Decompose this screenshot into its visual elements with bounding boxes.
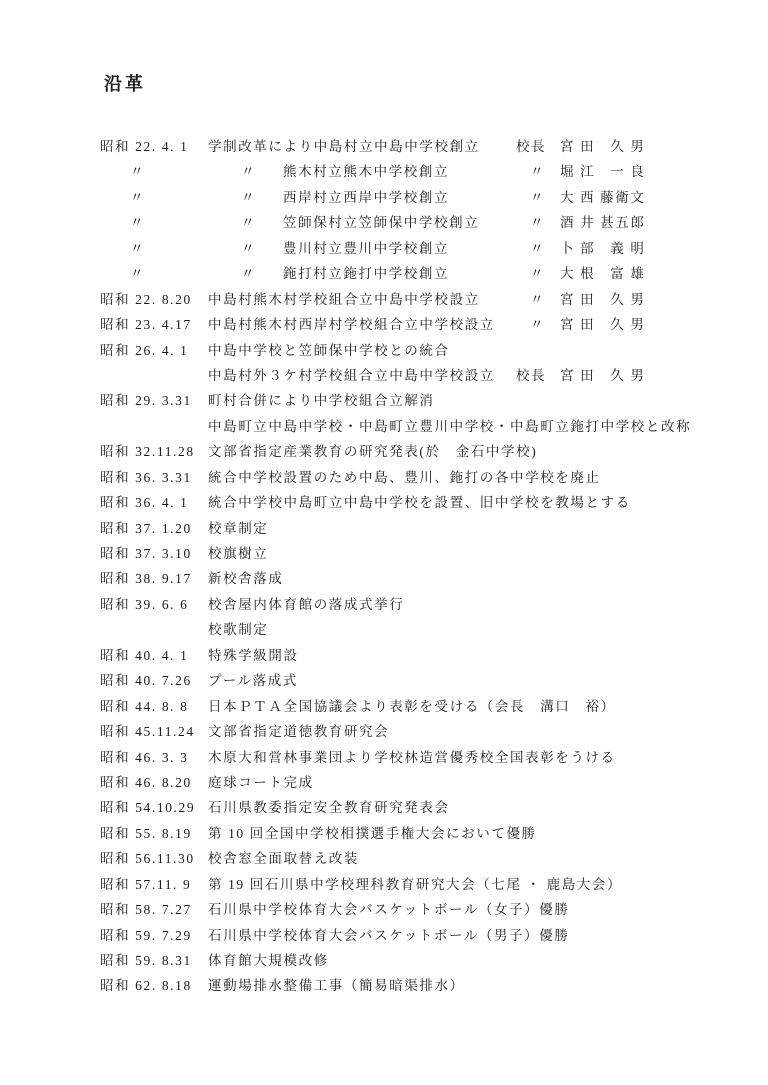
ditto-mark: 〃	[208, 185, 283, 210]
history-row: 昭和 59. 7.29石川県中学校体育大会バスケットボール（男子）優勝	[100, 923, 764, 948]
history-row: 昭和 40. 4. 1特殊学級開設	[100, 643, 764, 668]
row-date: 昭和 36. 3.31	[100, 465, 208, 490]
row-event-text: 豊川村立豊川中学校創立	[283, 241, 449, 256]
row-event-text: 新校舎落成	[208, 571, 284, 586]
row-principal: 〃卜 部 義 明	[516, 236, 645, 261]
page-title: 沿革	[104, 70, 146, 96]
principal-label: 〃	[516, 159, 552, 184]
history-row: 昭和 57.11. 9第 19 回石川県中学校理科教育研究大会（七尾 ・ 鹿島大…	[100, 872, 764, 897]
history-row: 昭和 22. 4. 1学制改革により中島村立中島中学校創立 校長宮 田 久 男	[100, 134, 764, 159]
row-description: プール落成式	[208, 668, 298, 693]
row-description: 校舎窓全面取替え改装	[208, 846, 359, 871]
history-row: 〃〃西岸村立西岸中学校創立 〃大 西 藤衛文	[100, 185, 764, 210]
row-principal: 〃大 西 藤衛文	[516, 185, 645, 210]
row-description: 中島村外３ケ村学校組合立中島中学校設立	[208, 363, 495, 388]
principal-name: 宮 田 久 男	[560, 317, 645, 332]
history-row: 昭和 36. 4. 1統合中学校中島町立中島中学校を設置、旧中学校を教場とする	[100, 490, 764, 515]
row-date: 昭和 55. 8.19	[100, 821, 208, 846]
row-event-text: 中島中学校と笠師保中学校との統合	[208, 343, 450, 358]
ditto-mark: 〃	[208, 261, 283, 286]
row-description: 文部省指定産業教育の研究発表(於 金石中学校)	[208, 439, 537, 464]
history-row: 昭和 55. 8.19第 10 回全国中学校相撲選手権大会において優勝	[100, 821, 764, 846]
row-date: 昭和 45.11.24	[100, 719, 208, 744]
row-date: 昭和 40. 7.26	[100, 668, 208, 693]
history-row: 昭和 62. 8.18運動場排水整備工事（簡易暗渠排水）	[100, 973, 764, 998]
principal-name: 大 根 富 雄	[560, 266, 645, 281]
history-row: 昭和 22. 8.20中島村熊木村学校組合立中島中学校設立 〃宮 田 久 男	[100, 287, 764, 312]
row-principal: 〃宮 田 久 男	[516, 287, 645, 312]
row-event-text: 校舎窓全面取替え改装	[208, 851, 359, 866]
row-event-text: 石川県中学校体育大会バスケットボール（男子）優勝	[208, 928, 569, 943]
ditto-mark: 〃	[208, 210, 283, 235]
row-description: 木原大和営林事業団より学校林造営優秀校全国表彰をうける	[208, 745, 616, 770]
row-date: 昭和 39. 6. 6	[100, 592, 208, 617]
history-row: 昭和 36. 3.31統合中学校設置のため中島、豊川、鉇打の各中学校を廃止	[100, 465, 764, 490]
row-event-text: 運動場排水整備工事（簡易暗渠排水）	[208, 978, 465, 993]
principal-label: 〃	[516, 312, 552, 337]
row-description: 石川県中学校体育大会バスケットボール（男子）優勝	[208, 923, 569, 948]
principal-label: 〃	[516, 185, 552, 210]
row-description: 校舎屋内体育館の落成式挙行	[208, 592, 404, 617]
row-description: 統合中学校設置のため中島、豊川、鉇打の各中学校を廃止	[208, 465, 601, 490]
row-event-text: 木原大和営林事業団より学校林造営優秀校全国表彰をうける	[208, 750, 616, 765]
row-event-text: 第 19 回石川県中学校理科教育研究大会（七尾 ・ 鹿島大会）	[208, 877, 622, 892]
row-description: 〃西岸村立西岸中学校創立	[208, 185, 449, 210]
history-row: 〃〃鉇打村立鉇打中学校創立 〃大 根 富 雄	[100, 261, 764, 286]
row-date: 昭和 37. 1.20	[100, 516, 208, 541]
row-event-text: 石川県中学校体育大会バスケットボール（女子）優勝	[208, 902, 569, 917]
row-event-text: 中島村熊木村西岸村学校組合立中学校設立	[208, 317, 495, 332]
row-date: 昭和 32.11.28	[100, 439, 208, 464]
row-description: 特殊学級開設	[208, 643, 299, 668]
row-event-text: 第 10 回全国中学校相撲選手権大会において優勝	[208, 826, 537, 841]
row-date: 昭和 22. 4. 1	[100, 134, 208, 159]
history-row: 昭和 45.11.24文部省指定道徳教育研究会	[100, 719, 764, 744]
row-date: 〃	[100, 210, 208, 235]
row-description: 石川県教委指定安全教育研究発表会	[208, 795, 450, 820]
principal-name: 堀 江 一 良	[560, 164, 645, 179]
row-event-text: 校舎屋内体育館の落成式挙行	[208, 597, 404, 612]
row-event-text: 笠師保村立笠師保中学校創立	[283, 215, 479, 230]
row-description: 〃豊川村立豊川中学校創立	[208, 236, 449, 261]
principal-name: 酒 井 甚五郎	[560, 215, 645, 230]
row-date: 昭和 54.10.29	[100, 795, 208, 820]
history-row: 昭和 29. 3.31町村合併により中学校組合立解消	[100, 388, 764, 413]
principal-name: 宮 田 久 男	[560, 139, 645, 154]
row-description: 庭球コート完成	[208, 770, 314, 795]
row-principal: 〃酒 井 甚五郎	[516, 210, 645, 235]
row-date: 昭和 57.11. 9	[100, 872, 208, 897]
row-event-text: 中島村熊木村学校組合立中島中学校設立	[208, 292, 480, 307]
principal-name: 宮 田 久 男	[560, 292, 645, 307]
ditto-mark: 〃	[208, 236, 283, 261]
row-date: 昭和 38. 9.17	[100, 566, 208, 591]
row-principal: 〃宮 田 久 男	[516, 312, 645, 337]
row-date: 昭和 59. 7.29	[100, 923, 208, 948]
row-date: 昭和 62. 8.18	[100, 973, 208, 998]
history-row: 昭和 38. 9.17新校舎落成	[100, 566, 764, 591]
history-row: 昭和 23. 4.17中島村熊木村西岸村学校組合立中学校設立 〃宮 田 久 男	[100, 312, 764, 337]
row-description: 〃笠師保村立笠師保中学校創立	[208, 210, 479, 235]
row-event-text: 統合中学校中島町立中島中学校を設置、旧中学校を教場とする	[208, 495, 631, 510]
row-description: 校歌制定	[208, 617, 268, 642]
row-date: 〃	[100, 261, 208, 286]
row-event-text: プール落成式	[208, 673, 298, 688]
row-description: 新校舎落成	[208, 566, 284, 591]
row-event-text: 中島村外３ケ村学校組合立中島中学校設立	[208, 368, 495, 383]
row-event-text: 鉇打村立鉇打中学校創立	[283, 266, 449, 281]
row-description: 第 10 回全国中学校相撲選手権大会において優勝	[208, 821, 537, 846]
row-description: 日本ＰＴＡ全国協議会より表彰を受ける（会長 溝口 裕）	[208, 694, 616, 719]
row-event-text: 庭球コート完成	[208, 775, 314, 790]
row-event-text: 体育館大規模改修	[208, 953, 329, 968]
row-date: 昭和 23. 4.17	[100, 312, 208, 337]
row-date: 〃	[100, 185, 208, 210]
row-description: 中島村熊木村学校組合立中島中学校設立	[208, 287, 480, 312]
principal-label: 〃	[516, 287, 552, 312]
row-event-text: 中島町立中島中学校・中島町立豊川中学校・中島町立鉇打中学校と改称	[208, 419, 691, 434]
row-description: 〃熊木村立熊木中学校創立	[208, 159, 449, 184]
row-date: 〃	[100, 159, 208, 184]
row-event-text: 文部省指定道徳教育研究会	[208, 724, 389, 739]
row-event-text: 統合中学校設置のため中島、豊川、鉇打の各中学校を廃止	[208, 470, 601, 485]
row-event-text: 学制改革により中島村立中島中学校創立	[208, 139, 480, 154]
principal-label: 校長	[516, 363, 552, 388]
history-row: 昭和 54.10.29石川県教委指定安全教育研究発表会	[100, 795, 764, 820]
row-description: 校旗樹立	[208, 541, 268, 566]
history-row: 中島町立中島中学校・中島町立豊川中学校・中島町立鉇打中学校と改称	[100, 414, 764, 439]
history-row: 昭和 26. 4. 1中島中学校と笠師保中学校との統合	[100, 338, 764, 363]
row-principal: 〃大 根 富 雄	[516, 261, 645, 286]
history-row: 昭和 40. 7.26プール落成式	[100, 668, 764, 693]
row-event-text: 校歌制定	[208, 622, 268, 637]
row-event-text: 日本ＰＴＡ全国協議会より表彰を受ける（会長 溝口 裕）	[208, 699, 616, 714]
row-description: 中島町立中島中学校・中島町立豊川中学校・中島町立鉇打中学校と改称	[208, 414, 691, 439]
history-row: 〃〃笠師保村立笠師保中学校創立 〃酒 井 甚五郎	[100, 210, 764, 235]
document-page: 沿革 昭和 22. 4. 1学制改革により中島村立中島中学校創立 校長宮 田 久…	[0, 0, 768, 1085]
row-date: 昭和 46. 3. 3	[100, 745, 208, 770]
history-row: 昭和 56.11.30校舎窓全面取替え改装	[100, 846, 764, 871]
row-event-text: 校章制定	[208, 521, 268, 536]
row-date: 昭和 29. 3.31	[100, 388, 208, 413]
principal-label: 〃	[516, 261, 552, 286]
row-event-text: 熊木村立熊木中学校創立	[283, 164, 449, 179]
row-event-text: 町村合併により中学校組合立解消	[208, 393, 435, 408]
row-description: 〃鉇打村立鉇打中学校創立	[208, 261, 449, 286]
row-description: 中島中学校と笠師保中学校との統合	[208, 338, 450, 363]
row-principal: 校長宮 田 久 男	[516, 134, 645, 159]
history-row: 昭和 37. 1.20校章制定	[100, 516, 764, 541]
row-description: 運動場排水整備工事（簡易暗渠排水）	[208, 973, 465, 998]
history-list: 昭和 22. 4. 1学制改革により中島村立中島中学校創立 校長宮 田 久 男 …	[100, 134, 764, 999]
row-date: 昭和 58. 7.27	[100, 897, 208, 922]
row-event-text: 校旗樹立	[208, 546, 268, 561]
history-row: 〃〃豊川村立豊川中学校創立 〃卜 部 義 明	[100, 236, 764, 261]
row-description: 校章制定	[208, 516, 268, 541]
history-row: 昭和 59. 8.31体育館大規模改修	[100, 948, 764, 973]
principal-name: 大 西 藤衛文	[560, 190, 645, 205]
history-row: 中島村外３ケ村学校組合立中島中学校設立 校長宮 田 久 男	[100, 363, 764, 388]
row-date: 昭和 37. 3.10	[100, 541, 208, 566]
history-row: 昭和 32.11.28文部省指定産業教育の研究発表(於 金石中学校)	[100, 439, 764, 464]
row-date: 昭和 56.11.30	[100, 846, 208, 871]
row-event-text: 特殊学級開設	[208, 648, 299, 663]
row-date: 昭和 44. 8. 8	[100, 694, 208, 719]
row-event-text: 文部省指定産業教育の研究発表(於 金石中学校)	[208, 444, 537, 459]
row-date: 昭和 36. 4. 1	[100, 490, 208, 515]
row-description: 文部省指定道徳教育研究会	[208, 719, 389, 744]
history-row: 昭和 39. 6. 6校舎屋内体育館の落成式挙行	[100, 592, 764, 617]
row-description: 町村合併により中学校組合立解消	[208, 388, 435, 413]
row-principal: 校長宮 田 久 男	[516, 363, 645, 388]
history-row: 校歌制定	[100, 617, 764, 642]
row-date: 昭和 46. 8.20	[100, 770, 208, 795]
history-row: 昭和 58. 7.27石川県中学校体育大会バスケットボール（女子）優勝	[100, 897, 764, 922]
row-event-text: 石川県教委指定安全教育研究発表会	[208, 800, 450, 815]
row-date: 昭和 26. 4. 1	[100, 338, 208, 363]
history-row: 昭和 37. 3.10校旗樹立	[100, 541, 764, 566]
principal-name: 卜 部 義 明	[560, 241, 645, 256]
row-description: 石川県中学校体育大会バスケットボール（女子）優勝	[208, 897, 569, 922]
ditto-mark: 〃	[208, 159, 283, 184]
row-event-text: 西岸村立西岸中学校創立	[283, 190, 449, 205]
principal-label: 校長	[516, 134, 552, 159]
principal-name: 宮 田 久 男	[560, 368, 645, 383]
row-date: 昭和 22. 8.20	[100, 287, 208, 312]
history-row: 昭和 46. 3. 3木原大和営林事業団より学校林造営優秀校全国表彰をうける	[100, 745, 764, 770]
row-date: 〃	[100, 236, 208, 261]
row-description: 学制改革により中島村立中島中学校創立	[208, 134, 480, 159]
row-date: 昭和 59. 8.31	[100, 948, 208, 973]
row-description: 統合中学校中島町立中島中学校を設置、旧中学校を教場とする	[208, 490, 631, 515]
history-row: 〃〃熊木村立熊木中学校創立 〃堀 江 一 良	[100, 159, 764, 184]
history-row: 昭和 46. 8.20庭球コート完成	[100, 770, 764, 795]
principal-label: 〃	[516, 210, 552, 235]
row-date: 昭和 40. 4. 1	[100, 643, 208, 668]
history-row: 昭和 44. 8. 8日本ＰＴＡ全国協議会より表彰を受ける（会長 溝口 裕）	[100, 694, 764, 719]
principal-label: 〃	[516, 236, 552, 261]
row-description: 中島村熊木村西岸村学校組合立中学校設立	[208, 312, 495, 337]
row-principal: 〃堀 江 一 良	[516, 159, 645, 184]
row-description: 体育館大規模改修	[208, 948, 329, 973]
row-description: 第 19 回石川県中学校理科教育研究大会（七尾 ・ 鹿島大会）	[208, 872, 622, 897]
